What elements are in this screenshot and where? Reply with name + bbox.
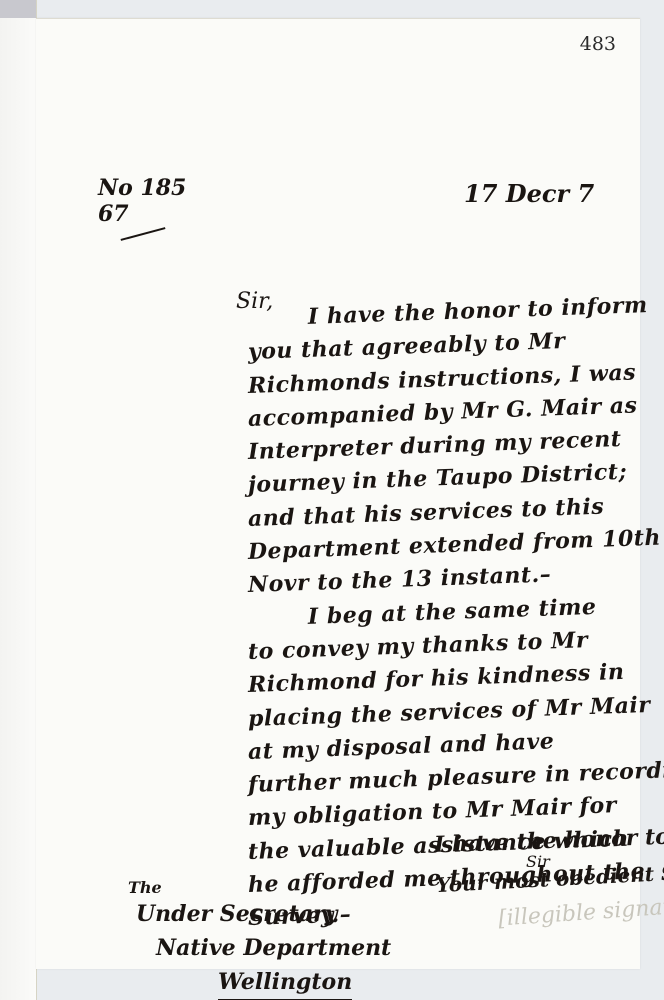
reference-line-2: 67: [98, 201, 129, 227]
addressee-block: The Under Secretary Native Department We…: [128, 879, 391, 1000]
addressee-line: Wellington: [218, 965, 352, 1000]
addressee-line: The: [128, 879, 391, 897]
letter-date: 17 Decr 7: [464, 179, 594, 208]
reference-number: No 185 67: [98, 175, 186, 235]
scan-background: [0, 0, 36, 18]
reference-line-1: No 185: [98, 175, 186, 201]
letter-page: 483 No 185 67 17 Decr 7 Sir, I have the …: [36, 18, 640, 969]
adjacent-page-edge: [0, 0, 37, 1000]
check-mark-icon: [121, 227, 166, 241]
folio-number: 483: [580, 33, 616, 55]
addressee-line: Native Department: [156, 931, 391, 965]
addressee-line: Under Secretary: [136, 897, 391, 931]
